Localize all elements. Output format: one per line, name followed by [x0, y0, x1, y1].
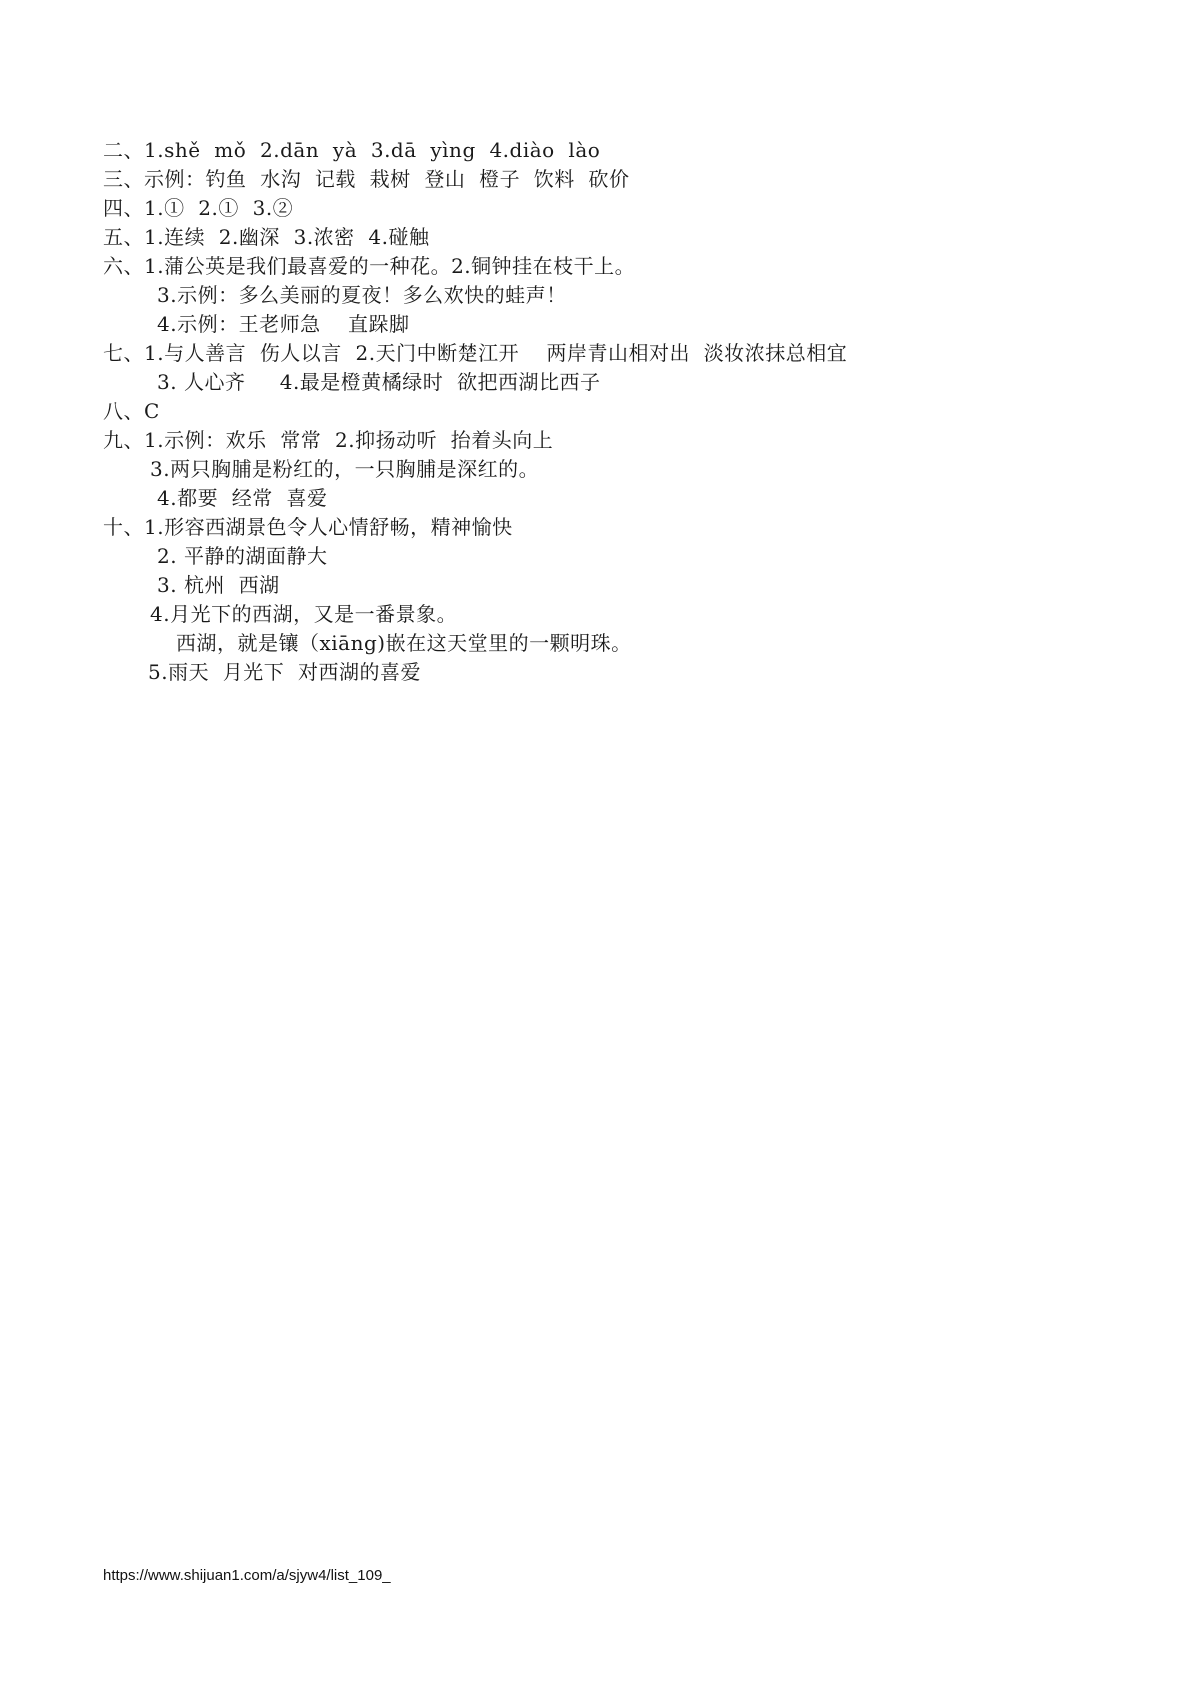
answer-line-9: 九、1.示例：欢乐 常常 2.抑扬动听 抬着头向上: [103, 426, 553, 455]
answer-line-10-sub4-cont: 西湖，就是镶（xiāng)嵌在这天堂里的一颗明珠。: [176, 629, 632, 658]
answer-line-7-sub: 3. 人心齐 4.最是橙黄橘绿时 欲把西湖比西子: [157, 368, 601, 397]
answer-line-9-sub3: 3.两只胸脯是粉红的，一只胸脯是深红的。: [150, 455, 539, 484]
answer-line-7: 七、1.与人善言 伤人以言 2.天门中断楚江开 两岸青山相对出 淡妆浓抹总相宜: [103, 339, 847, 368]
footer-url[interactable]: https://www.shijuan1.com/a/sjyw4/list_10…: [103, 1567, 391, 1584]
answer-line-6-sub4: 4.示例：王老师急 直跺脚: [157, 310, 410, 339]
answer-line-10-sub3: 3. 杭州 西湖: [157, 571, 280, 600]
answer-line-4: 四、1.① 2.① 3.②: [103, 194, 293, 223]
answer-line-2: 二、1.shě mǒ 2.dān yà 3.dā yìng 4.diào lào: [103, 136, 600, 165]
answer-line-9-sub4: 4.都要 经常 喜爱: [157, 484, 328, 513]
answer-line-6: 六、1.蒲公英是我们最喜爱的一种花。2.铜钟挂在枝干上。: [103, 252, 635, 281]
answer-line-10: 十、1.形容西湖景色令人心情舒畅，精神愉快: [103, 513, 513, 542]
answer-line-10-sub2: 2. 平静的湖面静大: [157, 542, 327, 571]
document-page: 二、1.shě mǒ 2.dān yà 3.dā yìng 4.diào lào…: [0, 0, 1191, 1684]
answer-line-5: 五、1.连续 2.幽深 3.浓密 4.碰触: [103, 223, 429, 252]
answer-line-6-sub3: 3.示例：多么美丽的夏夜！多么欢快的蛙声！: [157, 281, 567, 310]
answer-line-3: 三、示例：钓鱼 水沟 记载 栽树 登山 橙子 饮料 砍价: [103, 165, 630, 194]
answer-line-8: 八、C: [103, 397, 160, 426]
answer-line-10-sub5: 5.雨天 月光下 对西湖的喜爱: [148, 658, 421, 687]
answer-line-10-sub4: 4.月光下的西湖，又是一番景象。: [150, 600, 457, 629]
